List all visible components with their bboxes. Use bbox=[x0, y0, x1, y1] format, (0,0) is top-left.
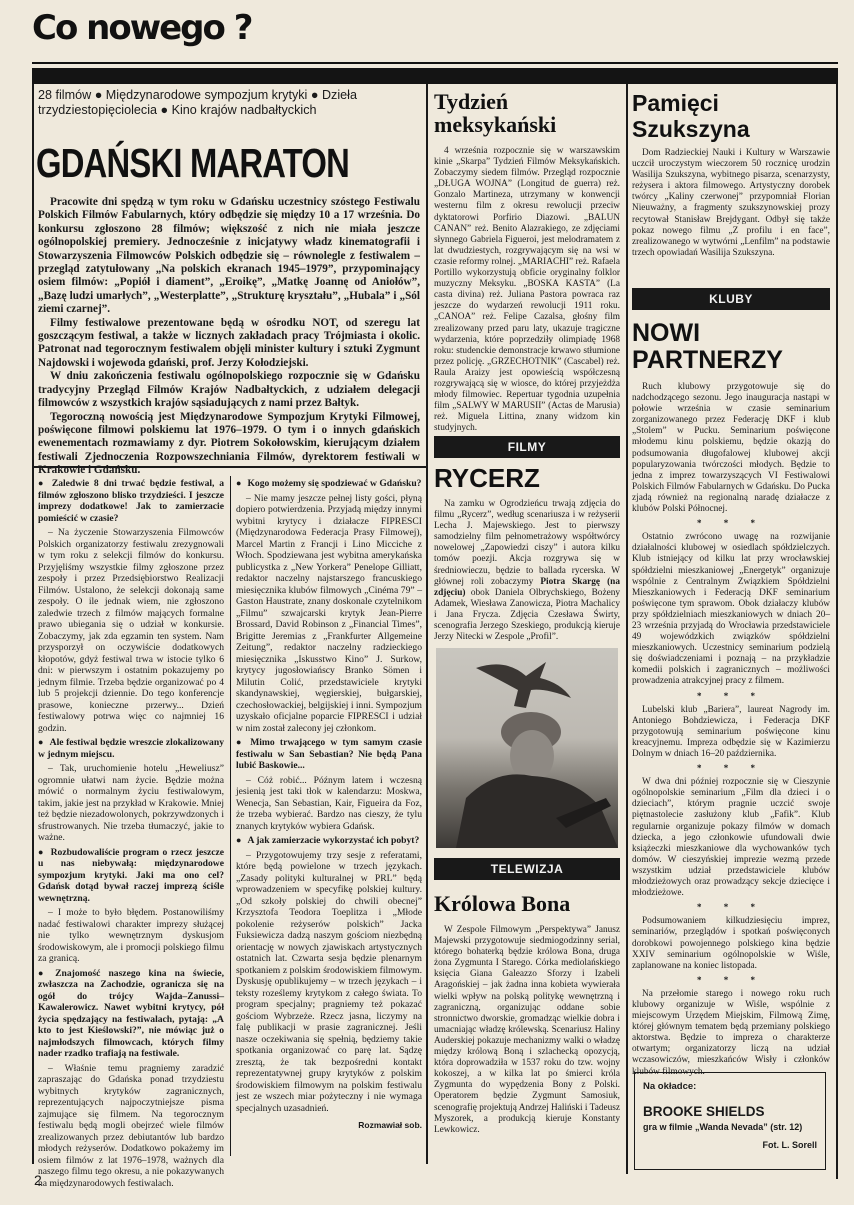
cover-subtitle: gra w filmie „Wanda Nevada” (str. 12) bbox=[643, 1122, 817, 1132]
clubs-paragraph: Ostatnio zwrócono uwagę na rozwijanie dz… bbox=[632, 532, 830, 687]
divider bbox=[230, 476, 231, 1156]
interview-question: Rozbudowaliście program o rzecz jeszcze … bbox=[38, 847, 224, 905]
section-stars: * * * bbox=[632, 691, 830, 702]
mexican-week-section: Tydzień meksykański 4 września rozpoczni… bbox=[434, 90, 620, 437]
szukszyn-section: Pamięci Szukszyna Dom Radzieckiej Nauki … bbox=[632, 90, 830, 262]
clubs-paragraph: Lubelski klub „Bariera”, laureat Nagrody… bbox=[632, 705, 830, 760]
clubs-section-bar: KLUBY bbox=[632, 288, 830, 310]
interview-question: Ale festiwal będzie wreszcie zlokalizowa… bbox=[38, 737, 224, 760]
clubs-paragraph: Ruch klubowy przygotowuje się do nadchod… bbox=[632, 382, 830, 515]
page-number: 2 bbox=[34, 1172, 42, 1188]
szukszyn-title: Pamięci Szukszyna bbox=[632, 90, 830, 142]
cover-label: Na okładce: bbox=[643, 1081, 817, 1092]
intro-paragraph: Pracowite dni spędzą w tym roku w Gdańsk… bbox=[38, 196, 420, 317]
clubs-title-line: PARTNERZY bbox=[632, 347, 830, 374]
article-intro: Pracowite dni spędzą w tym roku w Gdańsk… bbox=[38, 196, 420, 478]
films-section: FILMY RYCERZ Na zamku w Ogrodzieńcu trwa… bbox=[434, 436, 620, 646]
interview-question: Mimo trwającego w tym samym czasie festi… bbox=[236, 737, 422, 772]
masthead-title: Co nowego ? bbox=[32, 8, 251, 48]
interview-answer: – Tak, uruchomienie hotelu „Heweliusz” o… bbox=[38, 763, 224, 844]
interview-question: Zaledwie 8 dni trwać będzie festiwal, a … bbox=[38, 478, 224, 524]
cover-info-box: Na okładce: BROOKE SHIELDS gra w filmie … bbox=[634, 1072, 826, 1170]
interview-answer: – Przygotowujemy trzy sesje z referatami… bbox=[236, 850, 422, 1115]
films-section-bar: FILMY bbox=[434, 436, 620, 458]
tv-title: Królowa Bona bbox=[434, 892, 620, 915]
section-stars: * * * bbox=[632, 518, 830, 529]
interview-question: Kogo możemy się spodziewać w Gdańsku? bbox=[236, 478, 422, 490]
masthead-bar bbox=[32, 62, 838, 84]
intro-paragraph: W dniu zakończenia festiwalu ogólnopolsk… bbox=[38, 370, 420, 410]
cover-name: BROOKE SHIELDS bbox=[643, 1104, 817, 1119]
divider bbox=[836, 84, 838, 1179]
interview-answer: – Właśnie temu pragniemy zaradzić zapras… bbox=[38, 1063, 224, 1190]
divider bbox=[426, 84, 428, 1164]
films-title: RYCERZ bbox=[434, 466, 620, 491]
section-stars: * * * bbox=[632, 763, 830, 774]
clubs-paragraph: W dwa dni później rozpocznie się w Ciesz… bbox=[632, 777, 830, 899]
section-stars: * * * bbox=[632, 902, 830, 913]
films-body: Na zamku w Ogrodzieńcu trwają zdjęcia do… bbox=[434, 499, 620, 643]
films-body-text: Na zamku w Ogrodzieńcu trwają zdjęcia do… bbox=[434, 499, 620, 587]
interview-question: A jak zamierzacie wykorzystać ich pobyt? bbox=[236, 835, 422, 847]
rycerz-photo bbox=[436, 648, 618, 848]
clubs-section: KLUBY NOWI PARTNERZY Ruch klubowy przygo… bbox=[632, 288, 830, 1081]
interview-answer: – Nie mamy jeszcze pełnej listy gości, p… bbox=[236, 493, 422, 735]
divider bbox=[32, 84, 34, 1164]
article-signature: Rozmawiał sob. bbox=[236, 1120, 422, 1132]
szukszyn-body: Dom Radzieckiej Nauki i Kultury w Warsza… bbox=[632, 148, 830, 259]
section-stars: * * * bbox=[632, 975, 830, 986]
knight-eagle-image bbox=[436, 648, 618, 848]
tv-section-bar: TELEWIZJA bbox=[434, 858, 620, 880]
interview-answer: – Cóż robić... Późnym latem i wczesną je… bbox=[236, 775, 422, 833]
szukszyn-title-line: Szukszyna bbox=[632, 116, 830, 142]
clubs-title: NOWI PARTNERZY bbox=[632, 320, 830, 374]
article-title: GDAŃSKI MARATON bbox=[36, 140, 349, 187]
interview-answer: – Na życzenie Stowarzyszenia Filmowców P… bbox=[38, 527, 224, 734]
cover-photo-credit: Fot. L. Sorell bbox=[643, 1140, 817, 1150]
interview-answer: – I może to było błędem. Postanowiliśmy … bbox=[38, 907, 224, 965]
mexican-week-body: 4 września rozpocznie się w warszawskim … bbox=[434, 146, 620, 434]
mexican-week-title: Tydzień meksykański bbox=[434, 90, 564, 136]
tv-section: TELEWIZJA Królowa Bona W Zespole Filmowy… bbox=[434, 858, 620, 1139]
article-tags: 28 filmów ● Międzynarodowe sympozjum kry… bbox=[38, 88, 420, 118]
interview-column-2: Kogo możemy się spodziewać w Gdańsku? – … bbox=[236, 478, 422, 1135]
intro-paragraph: Filmy festiwalowe prezentowane będą w oś… bbox=[38, 317, 420, 371]
divider bbox=[626, 84, 628, 1174]
clubs-paragraph: Podsumowaniem kilkudziesięciu imprez, se… bbox=[632, 916, 830, 971]
clubs-title-line: NOWI bbox=[632, 320, 830, 347]
intro-paragraph: Tegoroczną nowością jest Międzynarodowe … bbox=[38, 411, 420, 478]
szukszyn-title-line: Pamięci bbox=[632, 90, 830, 116]
interview-column-1: Zaledwie 8 dni trwać będzie festiwal, a … bbox=[38, 478, 224, 1192]
interview-question: Znajomość naszego kina na świecie, zwłas… bbox=[38, 968, 224, 1060]
tv-body: W Zespole Filmowym „Perspektywa” Janusz … bbox=[434, 925, 620, 1136]
clubs-paragraph: Na przełomie starego i nowego roku ruch … bbox=[632, 989, 830, 1078]
